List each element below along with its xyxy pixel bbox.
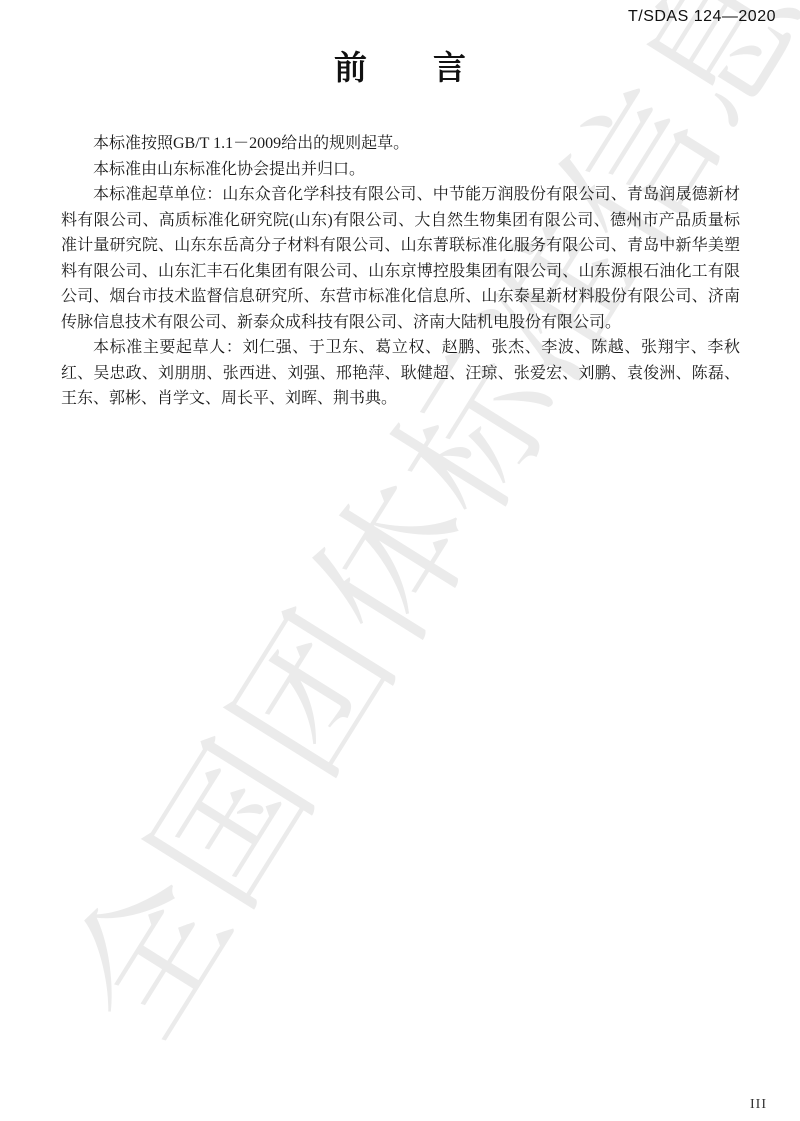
paragraph-proposed-by: 本标准由山东标准化协会提出并归口。: [61, 157, 740, 183]
paragraph-main-drafters: 本标准主要起草人：刘仁强、于卫东、葛立权、赵鹏、张杰、李波、陈越、张翔宇、李秋红…: [61, 335, 740, 412]
page-number: III: [750, 1097, 767, 1113]
paragraph-drafting-organizations: 本标准起草单位：山东众音化学科技有限公司、中节能万润股份有限公司、青岛润晟德新材…: [61, 182, 740, 335]
page-title: 前 言: [0, 42, 800, 89]
standard-number: T/SDAS 124—2020: [628, 8, 776, 26]
paragraph-drafting-rule: 本标准按照GB/T 1.1－2009给出的规则起草。: [61, 131, 740, 157]
foreword-body: 本标准按照GB/T 1.1－2009给出的规则起草。 本标准由山东标准化协会提出…: [61, 131, 740, 412]
document-page: 全国团体标准信息平台 T/SDAS 124—2020 前 言 本标准按照GB/T…: [0, 0, 800, 1121]
